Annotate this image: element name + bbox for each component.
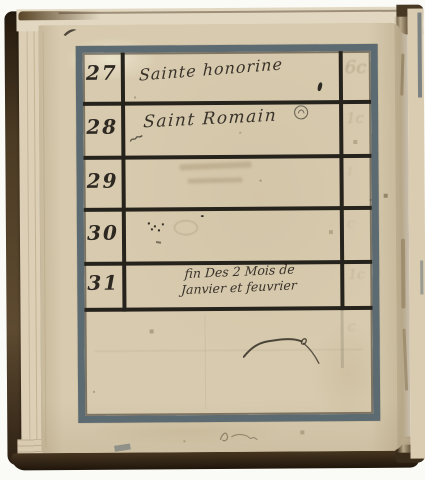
grid-line-horizontal (84, 206, 372, 212)
show-through-mark: ı (347, 163, 352, 179)
handwritten-entry-27: Sainte honorine (139, 54, 283, 84)
day-number: 30 (84, 221, 122, 245)
grid-line-horizontal (83, 100, 371, 106)
handwritten-entry-28: Saint Romain (143, 106, 278, 133)
ink-specks (148, 222, 150, 224)
grid-line-faint (340, 310, 343, 368)
book: 27 28 29 30 31 Sainte honorine Saint Rom… (0, 0, 425, 480)
show-through-writing (188, 177, 243, 183)
show-through-grid-line (205, 314, 207, 409)
day-number: 27 (83, 61, 121, 85)
grid-line-horizontal (84, 306, 372, 312)
facing-page-frame-edge (420, 261, 423, 295)
facing-page-frame-edge (417, 13, 422, 98)
show-through-mark: 1c (346, 109, 364, 127)
handwritten-entry-31: fin Des 2 Mois de Janvier et feuvrier (164, 261, 315, 299)
show-through-mark: 6c (345, 57, 367, 78)
crease-wrinkle (401, 239, 405, 309)
ink-dash (156, 241, 161, 244)
grid-line-vertical-right-column (339, 51, 345, 310)
show-through-oval (174, 220, 198, 235)
ink-squiggle-stroke (243, 334, 327, 369)
show-through-mark: c (348, 319, 356, 335)
day-number: 29 (84, 169, 122, 193)
day-number: 28 (83, 115, 121, 139)
photo-canvas: 27 28 29 30 31 Sainte honorine Saint Rom… (0, 0, 425, 480)
fore-edge-right (407, 9, 425, 459)
ink-fleck (317, 82, 323, 92)
ink-mark-top-left (63, 27, 81, 39)
calendar-table: 27 28 29 30 31 Sainte honorine Saint Rom… (76, 44, 381, 423)
day-number: 31 (84, 271, 122, 295)
small-ink-squiggle (129, 132, 145, 144)
show-through-writing (179, 161, 251, 170)
book-cover-edge-bottom (11, 451, 419, 471)
ink-dot (201, 215, 204, 217)
show-through-mark: 1c (348, 267, 365, 283)
circular-ink-stamp-mark (292, 103, 310, 121)
ink-mark-bottom-margin (216, 428, 262, 446)
show-through-mark: c (347, 216, 355, 232)
grid-line-horizontal (83, 154, 371, 160)
